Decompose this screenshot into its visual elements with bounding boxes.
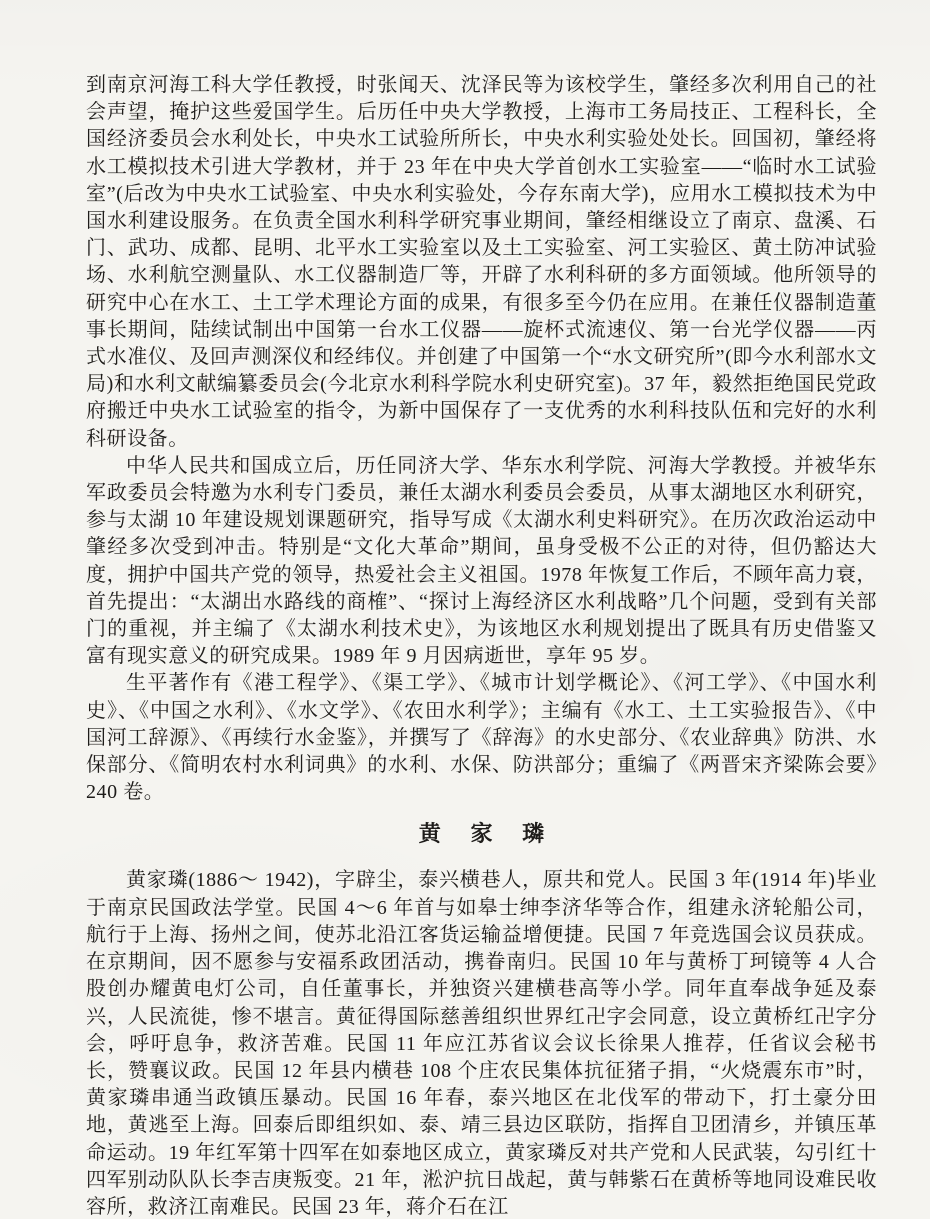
section-heading-huang-jialin: 黄家璘	[86, 821, 877, 847]
paragraph-publications: 生平著作有《港工程学》、《渠工学》、《城市计划学概论》、《河工学》、《中国水利史…	[86, 670, 877, 806]
paragraph-biography-continuation: 到南京河海工科大学任教授，时张闻天、沈泽民等为该校学生，肇经多次利用自己的社会声…	[86, 72, 877, 453]
paragraph-huang-jialin-biography: 黄家璘(1886～ 1942)，字辟尘，泰兴横巷人，原共和党人。民国 3 年(1…	[86, 867, 877, 1219]
scanned-document-page: 到南京河海工科大学任教授，时张闻天、沈泽民等为该校学生，肇经多次利用自己的社会声…	[0, 0, 930, 1219]
paragraph-post-1949-career: 中华人民共和国成立后，历任同济大学、华东水利学院、河海大学教授。并被华东军政委员…	[86, 453, 877, 671]
text-block: 到南京河海工科大学任教授，时张闻天、沈泽民等为该校学生，肇经多次利用自己的社会声…	[86, 72, 877, 1219]
